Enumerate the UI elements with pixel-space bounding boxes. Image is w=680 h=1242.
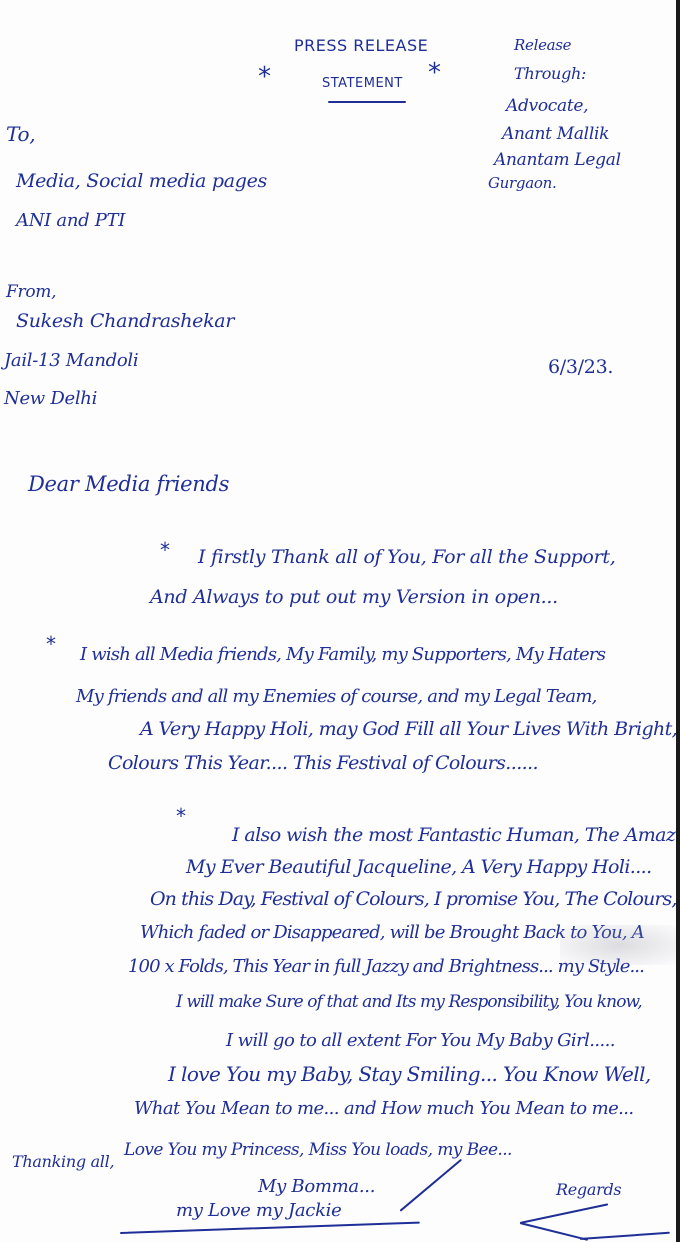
release-line: Through:	[514, 64, 586, 83]
star-icon-left: *	[258, 62, 271, 92]
salutation: Dear Media friends	[28, 472, 229, 496]
release-line: Gurgaon.	[488, 174, 556, 192]
to-label: To,	[6, 122, 35, 146]
paragraph-line: I will go to all extent For You My Baby …	[226, 1030, 615, 1051]
title-statement: STATEMENT	[322, 76, 403, 91]
paragraph-line: Colours This Year.... This Festival of C…	[108, 752, 538, 774]
title-press-release: PRESS RELEASE	[294, 36, 428, 55]
paragraph-line: I firstly Thank all of You, For all the …	[198, 546, 615, 568]
handwritten-letter-page: * PRESS RELEASE STATEMENT * Release Thro…	[0, 0, 676, 1242]
signature-stroke	[520, 1222, 588, 1240]
release-line: Advocate,	[506, 96, 588, 116]
from-line: Jail-13 Mandoli	[4, 350, 138, 371]
from-label: From,	[6, 282, 56, 302]
signature-stroke	[580, 1232, 670, 1240]
star-icon-right: *	[428, 58, 441, 88]
paragraph-line: A Very Happy Holi, may God Fill all Your…	[140, 718, 677, 740]
title-underline	[328, 101, 406, 103]
paragraph-line: My friends and all my Enemies of course,…	[76, 686, 597, 707]
to-line: Media, Social media pages	[16, 170, 267, 192]
paragraph-line: I also wish the most Fantastic Human, Th…	[232, 824, 680, 846]
to-line: ANI and PTI	[16, 210, 125, 231]
release-line: Anant Mallik	[502, 124, 609, 144]
paragraph-line: And Always to put out my Version in open…	[150, 586, 558, 608]
bullet-star-icon: *	[46, 632, 56, 656]
bullet-star-icon: *	[176, 804, 186, 828]
closing-thanking-all: Thanking all,	[12, 1152, 114, 1171]
pen-flourish	[120, 1222, 420, 1234]
letter-date: 6/3/23.	[548, 356, 613, 378]
bullet-star-icon: *	[160, 538, 170, 562]
paragraph-line: My Ever Beautiful Jacqueline, A Very Hap…	[186, 856, 652, 878]
release-line: Release	[514, 36, 571, 54]
paragraph-line: I love You my Baby, Stay Smiling... You …	[168, 1062, 651, 1086]
paragraph-line: On this Day, Festival of Colours, I prom…	[150, 888, 677, 910]
scan-edge	[676, 0, 680, 1242]
pen-flourish	[400, 1159, 462, 1212]
signature-stroke	[520, 1203, 608, 1223]
paragraph-line: I wish all Media friends, My Family, my …	[80, 644, 605, 665]
paragraph-line: What You Mean to me... and How much You …	[134, 1098, 634, 1119]
release-line: Anantam Legal	[494, 150, 621, 170]
paragraph-line: my Love my Jackie	[176, 1200, 342, 1221]
closing-regards: Regards	[556, 1180, 621, 1199]
paragraph-line: My Bomma...	[258, 1176, 375, 1197]
paragraph-line: Love You my Princess, Miss You loads, my…	[124, 1140, 512, 1160]
from-line: Sukesh Chandrashekar	[16, 310, 234, 332]
from-line: New Delhi	[4, 388, 97, 409]
paper-smudge	[560, 925, 680, 965]
paragraph-line: I will make Sure of that and Its my Resp…	[176, 992, 642, 1012]
